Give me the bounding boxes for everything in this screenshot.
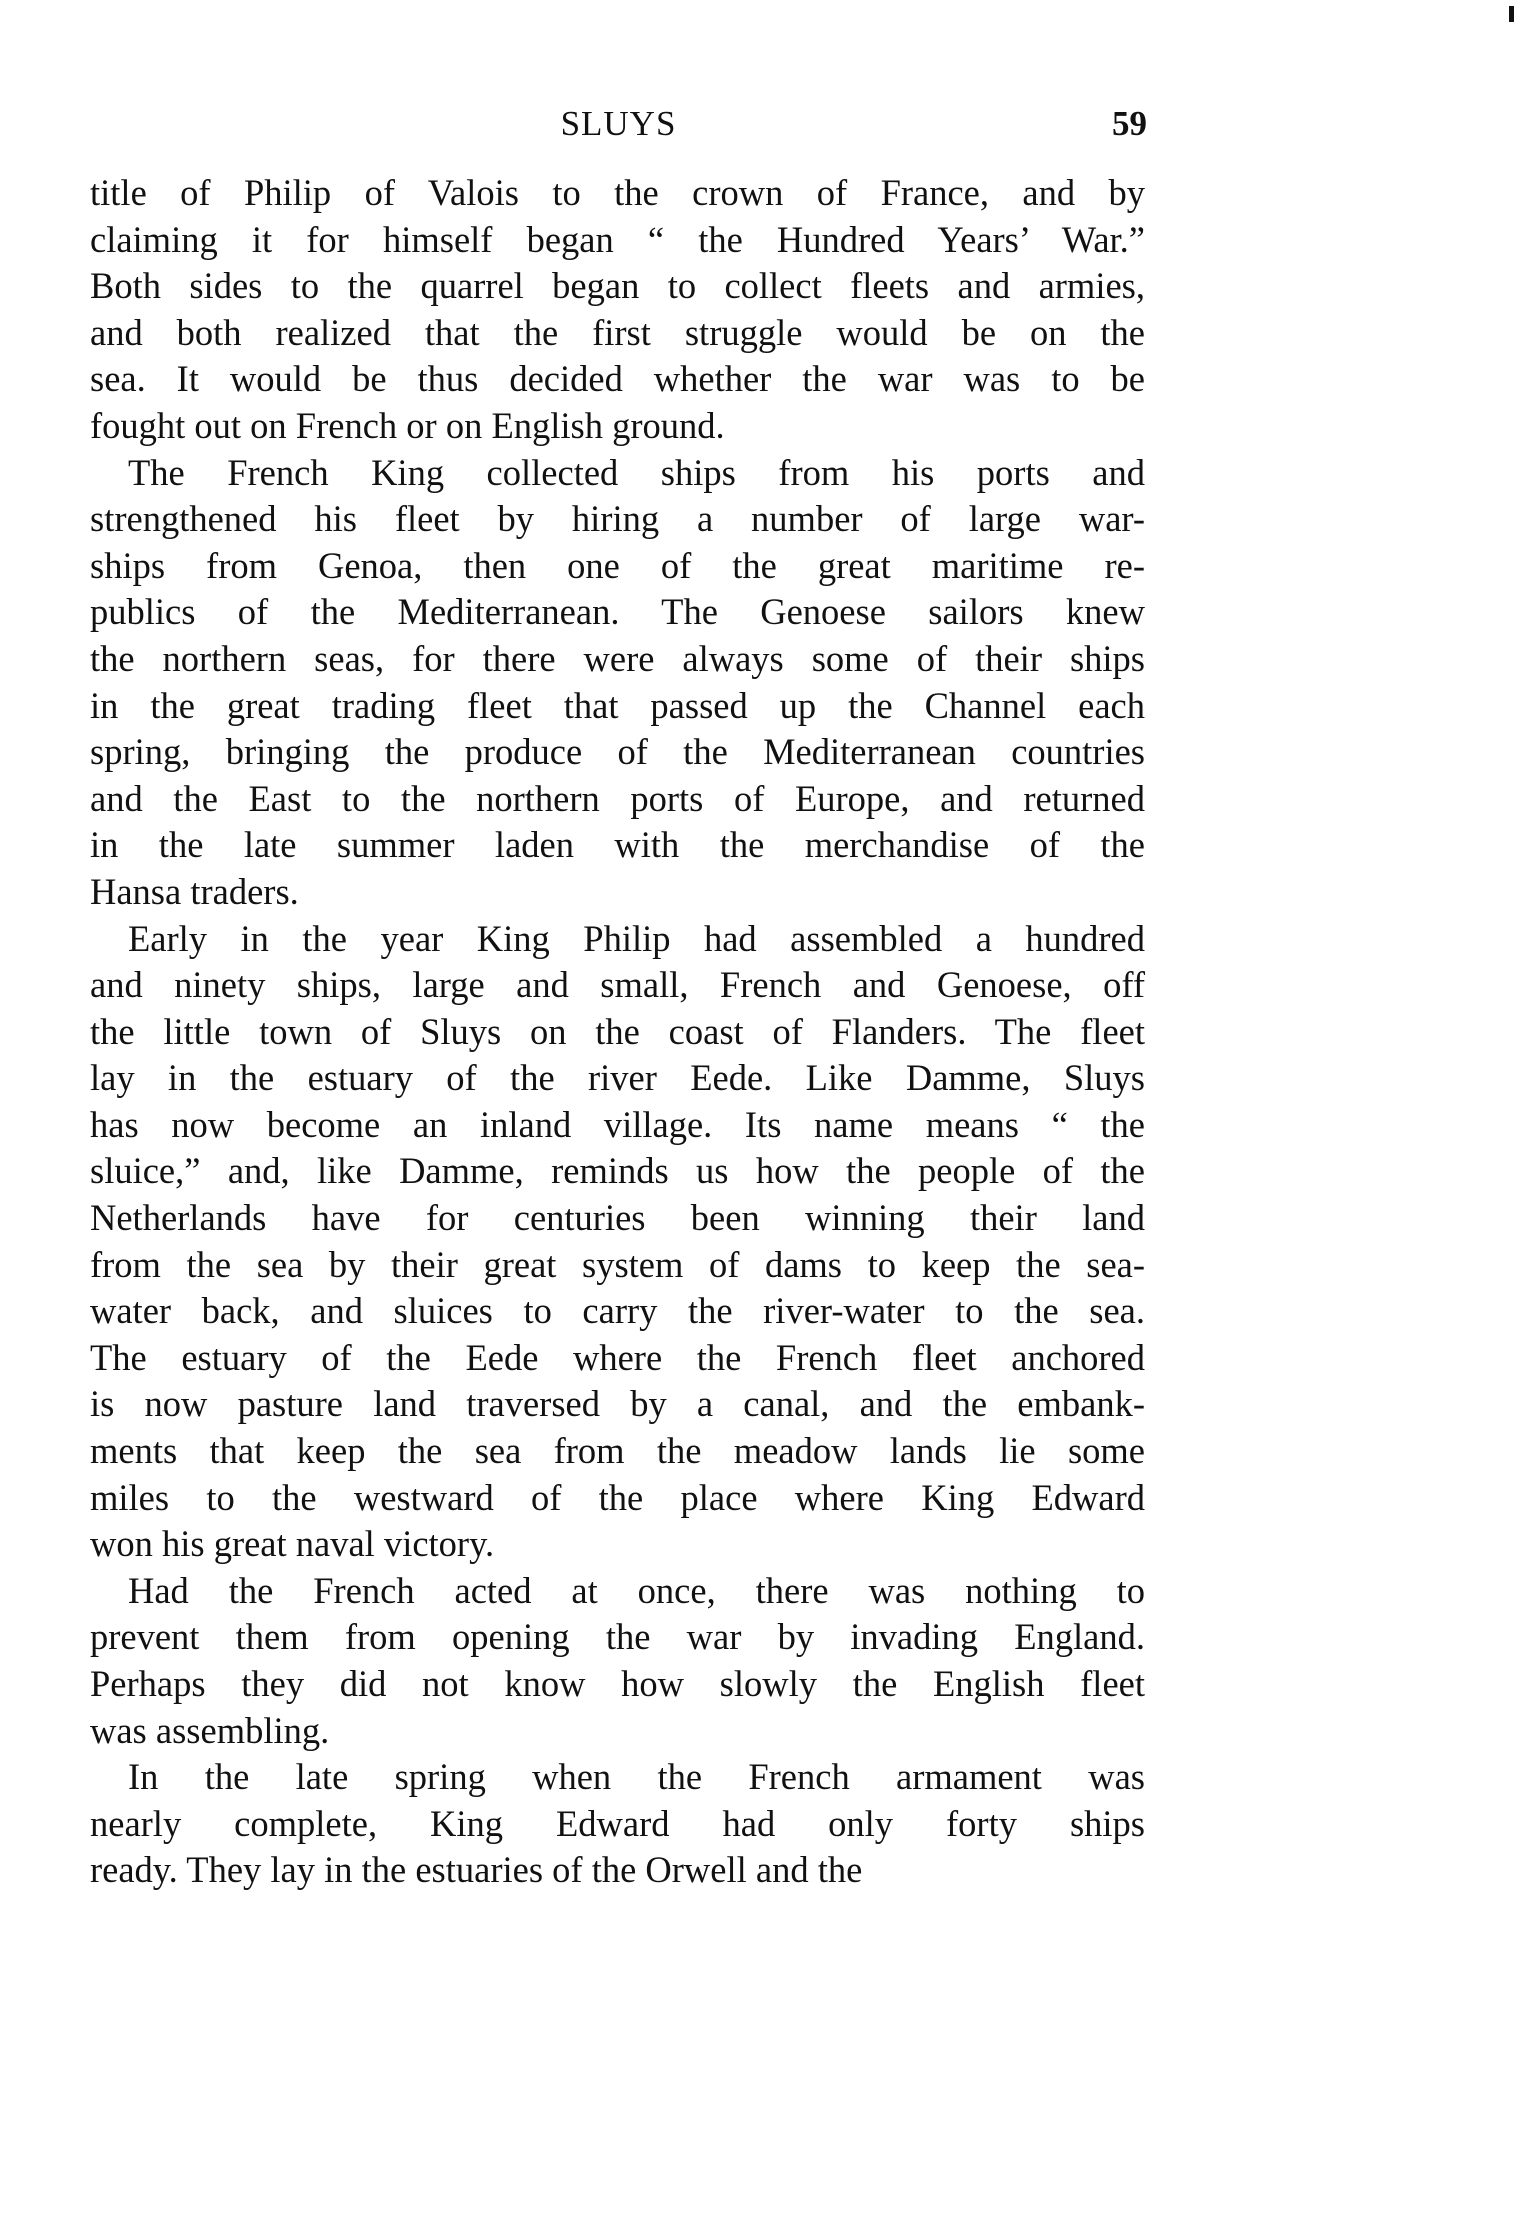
text-line: sluice,” and, like Damme, reminds us how… — [90, 1148, 1145, 1195]
text-line: The estuary of the Eede where the French… — [90, 1335, 1145, 1382]
text-line: and the East to the northern ports of Eu… — [90, 776, 1145, 823]
text-line: prevent them from opening the war by inv… — [90, 1614, 1145, 1661]
text-line: Had the French acted at once, there was … — [90, 1568, 1145, 1615]
text-line: In the late spring when the French armam… — [90, 1754, 1145, 1801]
text-line: Hansa traders. — [90, 869, 1145, 916]
page-number: 59 — [1112, 104, 1147, 144]
paragraph: Had the French acted at once, there was … — [90, 1568, 1145, 1754]
text-line: sea. It would be thus decided whether th… — [90, 356, 1145, 403]
text-line: claiming it for himself began “ the Hund… — [90, 217, 1145, 264]
text-line: ments that keep the sea from the meadow … — [90, 1428, 1145, 1475]
paragraph: title of Philip of Valois to the crown o… — [90, 170, 1145, 450]
text-line: publics of the Mediterranean. The Genoes… — [90, 589, 1145, 636]
text-line: spring, bringing the produce of the Medi… — [90, 729, 1145, 776]
text-line: has now become an inland village. Its na… — [90, 1102, 1145, 1149]
page-header: SLUYS 59 — [90, 104, 1147, 154]
text-line: title of Philip of Valois to the crown o… — [90, 170, 1145, 217]
text-line: Netherlands have for centuries been winn… — [90, 1195, 1145, 1242]
text-line: The French King collected ships from his… — [90, 450, 1145, 497]
text-line: Early in the year King Philip had assemb… — [90, 916, 1145, 963]
text-line: lay in the estuary of the river Eede. Li… — [90, 1055, 1145, 1102]
text-line: miles to the westward of the place where… — [90, 1475, 1145, 1522]
text-line: from the sea by their great system of da… — [90, 1242, 1145, 1289]
text-line: Both sides to the quarrel began to colle… — [90, 263, 1145, 310]
text-line: won his great naval victory. — [90, 1521, 1145, 1568]
text-line: Perhaps they did not know how slowly the… — [90, 1661, 1145, 1708]
text-line: ships from Genoa, then one of the great … — [90, 543, 1145, 590]
text-line: water back, and sluices to carry the riv… — [90, 1288, 1145, 1335]
paragraph: In the late spring when the French armam… — [90, 1754, 1145, 1894]
text-line: and both realized that the first struggl… — [90, 310, 1145, 357]
paragraph: The French King collected ships from his… — [90, 450, 1145, 916]
text-line: was assembling. — [90, 1708, 1145, 1755]
text-line: the little town of Sluys on the coast of… — [90, 1009, 1145, 1056]
scan-artifact-mark — [1509, 6, 1514, 22]
running-head: SLUYS — [90, 104, 1147, 144]
text-line: in the late summer laden with the mercha… — [90, 822, 1145, 869]
text-line: ready. They lay in the estuaries of the … — [90, 1847, 1145, 1894]
text-line: is now pasture land traversed by a canal… — [90, 1381, 1145, 1428]
text-line: the northern seas, for there were always… — [90, 636, 1145, 683]
text-line: fought out on French or on English groun… — [90, 403, 1145, 450]
paragraph: Early in the year King Philip had assemb… — [90, 916, 1145, 1568]
text-line: in the great trading fleet that passed u… — [90, 683, 1145, 730]
text-line: and ninety ships, large and small, Frenc… — [90, 962, 1145, 1009]
text-line: nearly complete, King Edward had only fo… — [90, 1801, 1145, 1848]
text-line: strengthened his fleet by hiring a numbe… — [90, 496, 1145, 543]
page-body: title of Philip of Valois to the crown o… — [90, 170, 1145, 1894]
